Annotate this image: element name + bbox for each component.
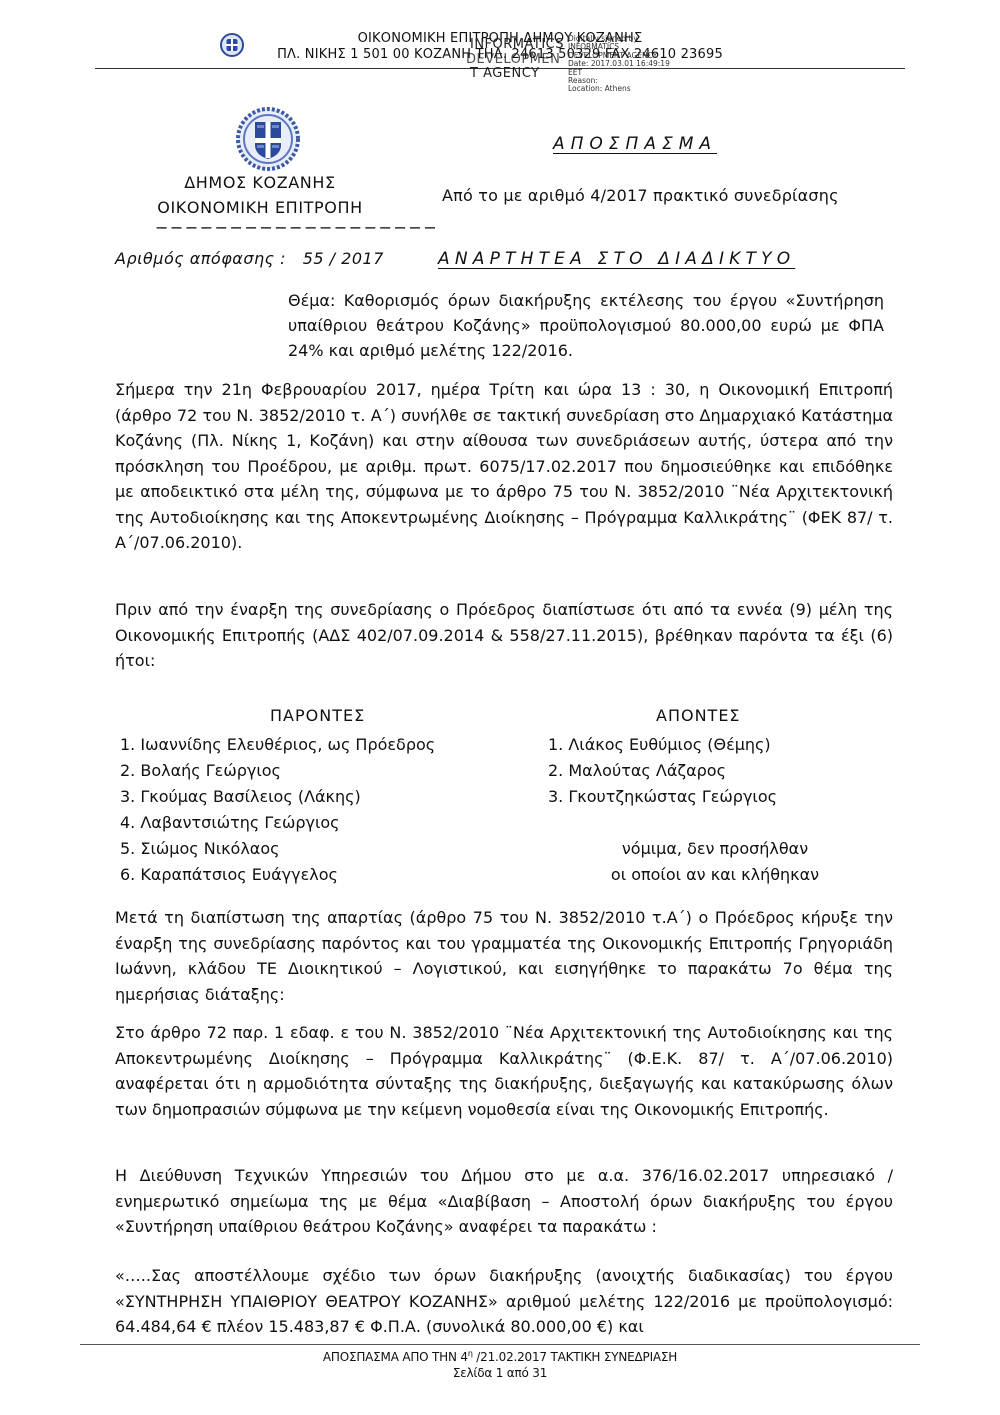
present-member: 5. Σιώμος Νικόλαος (120, 836, 435, 862)
paragraph-text: Στο άρθρο 72 παρ. 1 εδαφ. ε του Ν. 3852/… (115, 1020, 893, 1122)
signature-detail: Location: Athens (568, 85, 670, 93)
paragraph-text: «…..Σας αποστέλλουμε σχέδιο των όρων δια… (115, 1263, 893, 1340)
absent-title: ΑΠΟΝΤΕΣ (656, 706, 741, 725)
signature-detail: Date: 2017.03.01 16:49:19 (568, 60, 670, 68)
paragraph-quote: «…..Σας αποστέλλουμε σχέδιο των όρων δια… (115, 1263, 893, 1340)
signature-signer-line3: T AGENCY (470, 66, 540, 81)
paragraph-text: Πριν από την έναρξη της συνεδρίασης ο Πρ… (115, 597, 893, 674)
decision-value: 55 / 2017 (303, 249, 384, 268)
decision-number: Αριθμός απόφασης : 55 / 2017 (115, 249, 384, 268)
footer-divider (80, 1344, 920, 1345)
absent-member: 2. Μαλούτας Λάζαρος (548, 758, 777, 784)
decision-label: Αριθμός απόφασης : (115, 249, 286, 268)
footer-session-suffix: /21.02.2017 ΤΑΚΤΙΚΗ ΣΥΝΕΔΡΙΑΣΗ (473, 1350, 677, 1364)
signature-signer-line2: DEVELOPMEN (466, 52, 560, 67)
paragraph-text: Σήμερα την 21η Φεβρουαρίου 2017, ημέρα Τ… (115, 377, 893, 556)
paragraph-quorum: Πριν από την έναρξη της συνεδρίασης ο Πρ… (115, 597, 893, 674)
paragraph-technical-services: Η Διεύθυνση Τεχνικών Υπηρεσιών του Δήμου… (115, 1163, 893, 1240)
present-member: 2. Βολαής Γεώργιος (120, 758, 435, 784)
greek-coat-of-arms-icon (236, 107, 300, 171)
absent-note: νόμιμα, δεν προσήλθαν οι οποίοι αν και κ… (600, 836, 830, 888)
absent-member: 1. Λιάκος Ευθύμιος (Θέμης) (548, 732, 777, 758)
present-list: 1. Ιωαννίδης Ελευθέριος, ως Πρόεδρος 2. … (120, 732, 435, 888)
footer-session-prefix: ΑΠΟΣΠΑΣΜΑ ΑΠΟ ΤΗΝ 4 (323, 1350, 468, 1364)
document-title: ΑΠΟΣΠΑΣΜΑ (553, 134, 717, 154)
absent-note-line: οι οποίοι αν και κλήθηκαν (600, 862, 830, 888)
footer-session: ΑΠΟΣΠΑΣΜΑ ΑΠΟ ΤΗΝ 4η /21.02.2017 ΤΑΚΤΙΚΗ… (0, 1349, 1000, 1364)
present-member: 1. Ιωαννίδης Ελευθέριος, ως Πρόεδρος (120, 732, 435, 758)
heading-separator: −−−−−−−−−−−−−−−−−−− (155, 218, 438, 237)
committee-name: ΟΙΚΟΝΟΜΙΚΗ ΕΠΙΤΡΟΠΗ (115, 196, 405, 219)
present-member: 6. Καραπάτσιος Ευάγγελος (120, 862, 435, 888)
paragraph-meeting-intro: Σήμερα την 21η Φεβρουαρίου 2017, ημέρα Τ… (115, 377, 893, 556)
present-member: 3. Γκούμας Βασίλειος (Λάκης) (120, 784, 435, 810)
signature-signer-line1: INFORMATICS (470, 37, 564, 52)
absent-member: 3. Γκουτζηκώστας Γεώργιος (548, 784, 777, 810)
absent-note-line: νόμιμα, δεν προσήλθαν (600, 836, 830, 862)
signature-details: Digitally signed by INFORMATICS DEVELOPM… (568, 35, 670, 94)
present-title: ΠΑΡΟΝΤΕΣ (270, 706, 365, 725)
paragraph-legal-basis: Στο άρθρο 72 παρ. 1 εδαφ. ε του Ν. 3852/… (115, 1020, 893, 1122)
present-member: 4. Λαβαντσιώτης Γεώργιος (120, 810, 435, 836)
paragraph-text: Η Διεύθυνση Τεχνικών Υπηρεσιών του Δήμου… (115, 1163, 893, 1240)
publish-notice: ΑΝΑΡΤΗΤΕΑ ΣΤΟ ΔΙΑΔΙΚΤΥΟ (438, 249, 795, 269)
paragraph-quorum-confirmation: Μετά τη διαπίστωση της απαρτίας (άρθρο 7… (115, 905, 893, 1007)
municipality-name: ΔΗΜΟΣ ΚΟΖΑΝΗΣ (115, 171, 405, 194)
paragraph-text: Μετά τη διαπίστωση της απαρτίας (άρθρο 7… (115, 905, 893, 1007)
page-number: Σελίδα 1 από 31 (0, 1366, 1000, 1380)
absent-list: 1. Λιάκος Ευθύμιος (Θέμης) 2. Μαλούτας Λ… (548, 732, 777, 810)
subject: Θέμα: Καθορισμός όρων διακήρυξης εκτέλεσ… (288, 288, 884, 363)
minutes-reference: Από το με αριθμό 4/2017 πρακτικό συνεδρί… (442, 186, 839, 205)
